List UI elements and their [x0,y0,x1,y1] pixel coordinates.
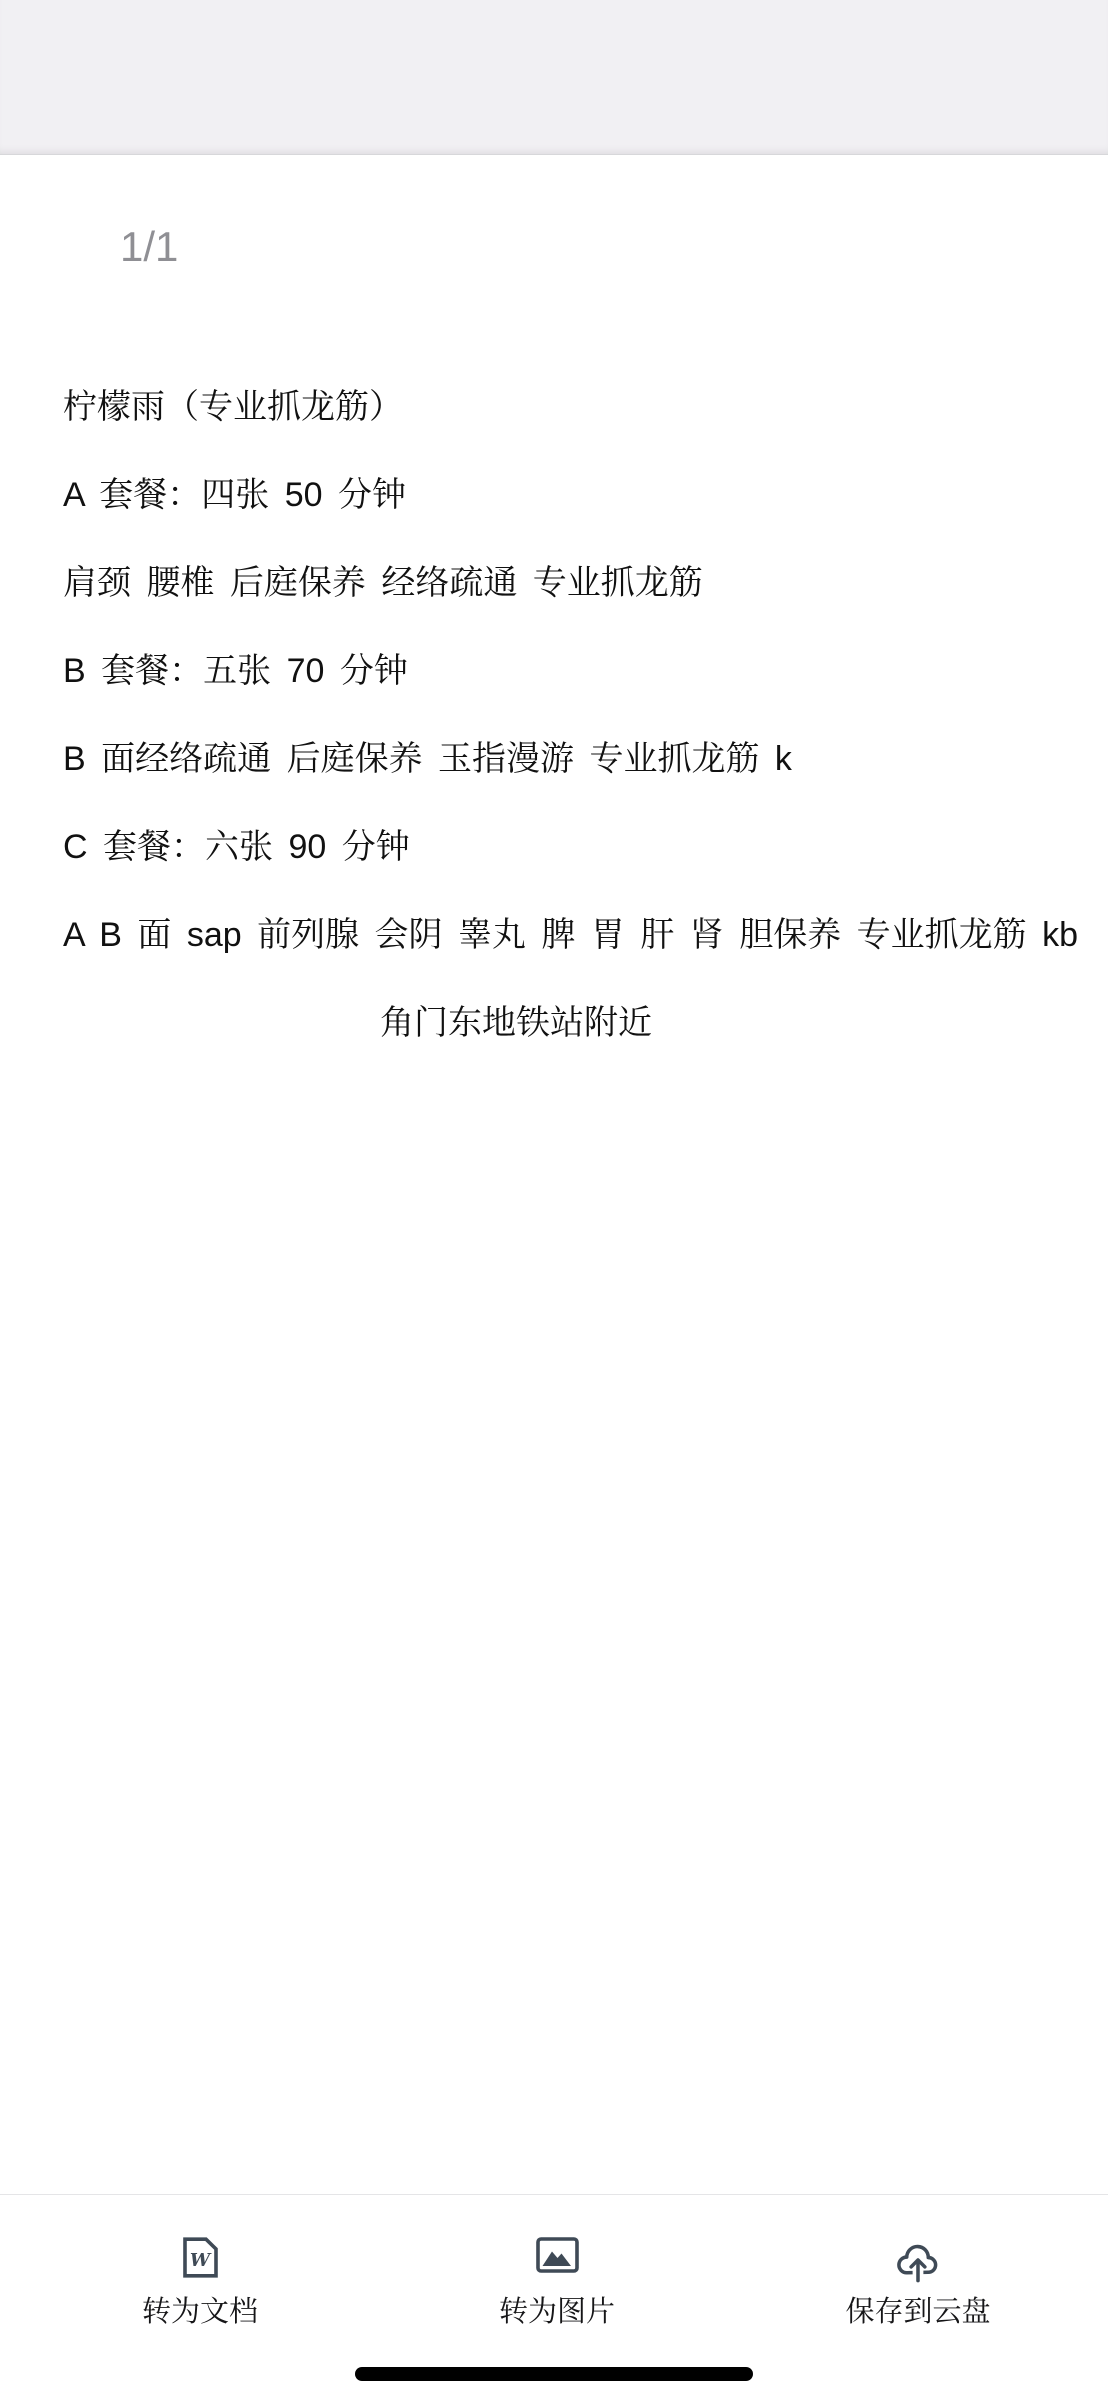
screen: 1/1 柠檬雨（专业抓龙筋） A 套餐：四张 50 分钟 肩颈 腰椎 后庭保养 … [0,0,1108,2400]
doc-line: 肩颈 腰椎 后庭保养 经络疏通 专业抓龙筋 [63,539,1067,627]
bottom-toolbar: W 转为文档 转为图片 保存 [0,2194,1108,2400]
svg-text:W: W [189,2250,211,2271]
convert-to-image-button[interactable]: 转为图片 [499,2237,615,2329]
convert-to-doc-button[interactable]: W 转为文档 [142,2237,258,2329]
doc-line: B 套餐：五张 70 分钟 [63,627,1067,715]
image-icon [535,2237,578,2283]
status-bar-area [0,0,1108,155]
home-indicator[interactable] [355,2367,753,2381]
toolbar-button-label: 转为图片 [499,2295,615,2329]
word-doc-icon: W [181,2237,218,2283]
document-text: 柠檬雨（专业抓龙筋） A 套餐：四张 50 分钟 肩颈 腰椎 后庭保养 经络疏通… [63,363,1067,1067]
doc-line: B 面经络疏通 后庭保养 玉指漫游 专业抓龙筋 k [63,715,1067,803]
doc-line: 角门东地铁站附近 [63,979,969,1067]
save-to-cloud-button[interactable]: 保存到云盘 [845,2237,990,2329]
toolbar-button-label: 保存到云盘 [845,2295,990,2329]
toolbar-button-label: 转为文档 [142,2295,258,2329]
doc-line: A B 面 sap 前列腺 会阴 睾丸 脾 胃 肝 肾 胆保养 专业抓龙筋 kb [63,891,1067,979]
doc-line: A 套餐：四张 50 分钟 [63,451,1067,539]
page-indicator: 1/1 [120,226,178,268]
cloud-upload-icon [894,2237,941,2283]
document-preview[interactable]: 1/1 柠檬雨（专业抓龙筋） A 套餐：四张 50 分钟 肩颈 腰椎 后庭保养 … [0,156,1108,2194]
doc-line: 柠檬雨（专业抓龙筋） [63,363,1067,451]
doc-line: C 套餐：六张 90 分钟 [63,803,1067,891]
